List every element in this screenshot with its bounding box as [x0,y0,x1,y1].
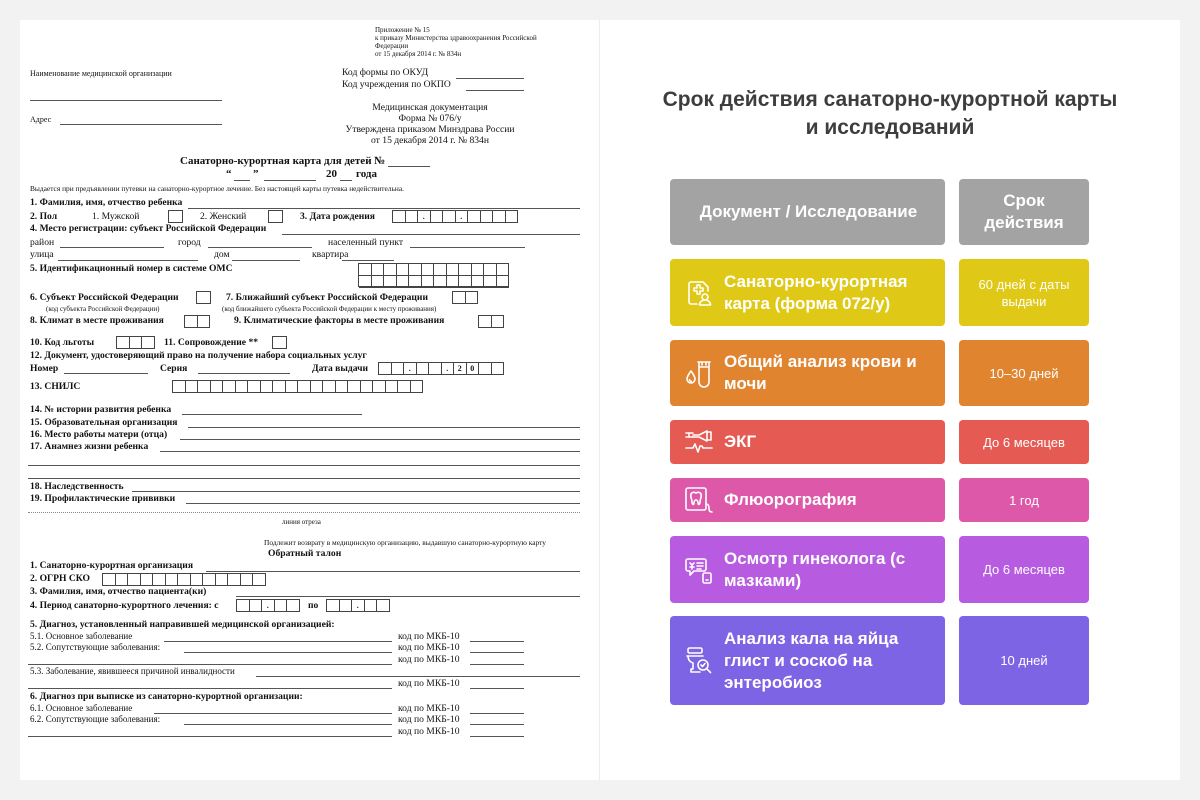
field-5-1-label: 5.1. Основное заболевание [30,631,132,641]
month-field[interactable] [264,180,316,181]
doc-block-line: Медицинская документация [320,102,540,113]
return-field-3-label: 3. Фамилия, имя, отчество пациента(ки) [30,586,206,597]
validity-value: 10–30 дней [989,365,1058,382]
mkb-label: код по МКБ-10 [398,726,460,737]
doc-number-field[interactable] [64,373,148,374]
heredity-field[interactable] [132,491,580,492]
discharge-comorbid-field[interactable] [184,724,392,725]
xray-icon [682,483,716,517]
kvartira-label: квартира [312,249,348,260]
period-to-boxes[interactable]: . [326,599,390,612]
field-14-label: 14. № истории развития ребенка [30,404,171,415]
date-cell: 2 [454,363,467,374]
field-5-3-label: 5.3. Заболевание, явившееся причиной инв… [30,666,235,676]
validity-value: 60 дней с даты выдачи [967,276,1081,310]
year-field[interactable] [340,180,352,181]
anamnesis-field-line[interactable] [28,465,580,466]
title-line: и исследований [600,114,1180,142]
field-13-label: 13. СНИЛС [30,381,80,392]
ulica-field[interactable] [58,260,198,261]
stool-test-icon [682,644,716,678]
escort-box[interactable] [272,336,287,349]
medical-card-icon [682,276,716,310]
period-from-boxes[interactable]: . [236,599,300,612]
validity-value: 1 год [1009,492,1039,509]
form-076u-document: Приложение № 15 к приказу Министерства з… [20,20,599,780]
date-cell [379,363,392,374]
date-open-quote: “ [226,168,232,181]
issue-date-boxes[interactable]: . . 2 0 [378,362,504,375]
doc-approval-block: Медицинская документация Форма № 076/у У… [320,102,540,146]
row-fluorography-validity: 1 год [959,478,1089,522]
validity-value: До 6 месяцев [983,434,1065,451]
org-name-field[interactable] [30,100,222,101]
cut-line [28,512,580,513]
validity-infographic: Срок действия санаторно-курортной карты … [600,20,1180,780]
child-name-field[interactable] [188,208,580,209]
row-sanatorium-card: Санаторно-курортная карта (форма 072/у) [670,259,945,326]
header-document: Документ / Исследование [670,179,945,245]
discharge-main-field[interactable] [154,713,392,714]
rayon-label: район [30,237,54,248]
anamnesis-field[interactable] [160,451,580,452]
nearest-subject-boxes[interactable] [452,291,478,304]
field-15-label: 15. Образовательная организация [30,417,177,428]
field-2-label: 2. Пол [30,211,57,222]
field-9-label: 9. Климатические факторы в месте прожива… [234,315,444,326]
mkb-label: код по МКБ-10 [398,678,460,689]
vaccinations-field[interactable] [186,503,580,504]
date-cell [392,363,405,374]
parent-work-field[interactable] [180,439,580,440]
mkb-label: код по МКБ-10 [398,642,460,653]
row-label: ЭКГ [724,431,756,453]
date-cell [417,363,430,374]
appendix-line: Федерации [375,42,537,50]
field-7-label: 7. Ближайший субъект Российской Федераци… [226,292,428,303]
doc-block-line: Форма № 076/у [320,113,540,124]
date-close-quote: ” [253,168,259,181]
issue-date-label: Дата выдачи [312,363,368,374]
okpo-field[interactable] [466,90,524,91]
row-gynecologist: Осмотр гинеколога (с мазками) [670,536,945,603]
field-4-label: 4. Место регистрации: субъект Российской… [30,223,266,234]
mkb-field[interactable] [470,664,524,665]
field-5-label: 5. Идентификационный номер в системе ОМС [30,263,233,274]
birth-date-boxes[interactable]: .. [392,210,518,223]
doc-block-line: от 15 декабря 2014 г. № 834н [320,135,540,146]
mkb-label: код по МКБ-10 [398,714,460,725]
mkb-field[interactable] [470,652,524,653]
validity-value: До 6 месяцев [983,561,1065,578]
history-number-field[interactable] [182,414,362,415]
comorbid-field[interactable] [184,652,392,653]
mkb-field[interactable] [470,736,524,737]
date-cell [479,363,492,374]
field-16-label: 16. Место работы матери (отца) [30,429,167,440]
period-to-label: по [308,600,318,611]
return-field-6-label: 6. Диагноз при выписке из санаторно-куро… [30,691,303,702]
row-stool-test: Анализ кала на яйца глист и соскоб на эн… [670,616,945,705]
main-disease-field[interactable] [164,641,392,642]
gorod-label: город [178,237,201,248]
field-18-label: 18. Наследственность [30,481,124,492]
field-6-2-label: 6.2. Сопутствующие заболевания: [30,714,160,724]
appendix-line: Приложение № 15 [375,26,537,34]
year-suffix: года [356,168,377,181]
row-label: Анализ кала на яйца глист и соскоб на эн… [724,628,935,694]
sanatorium-org-field[interactable] [206,571,580,572]
benefit-code-boxes[interactable] [116,336,155,349]
doc-series-field[interactable] [198,373,290,374]
address-field[interactable] [60,124,222,125]
appendix-line: к приказу Министерства здравоохранения Р… [375,34,537,42]
rayon-field[interactable] [60,247,164,248]
org-name-label: Наименование медицинской организации [30,69,172,78]
blood-urine-test-icon [682,356,716,390]
title-line: Срок действия санаторно-курортной карты [600,86,1180,114]
infographic-title: Срок действия санаторно-курортной карты … [600,86,1180,142]
row-label: Общий анализ крови и мочи [724,351,935,395]
field-3-label: 3. Дата рождения [300,211,375,222]
date-cell: . [442,363,455,374]
field-5-2-label: 5.2. Сопутствующие заболевания: [30,642,160,652]
mkb-field[interactable] [470,688,524,689]
row-sanatorium-card-validity: 60 дней с даты выдачи [959,259,1089,326]
header-document-label: Документ / Исследование [700,201,917,223]
gorod-field[interactable] [208,247,312,248]
form-title: Санаторно-курортная карта для детей № [180,155,385,168]
climate-boxes[interactable] [184,315,210,328]
field-10-label: 10. Код льготы [30,337,94,348]
okud-label: Код формы по ОКУД [342,67,428,78]
day-field[interactable] [234,180,250,181]
doc-series-label: Серия [160,363,187,374]
region-field[interactable] [282,234,580,235]
address-label: Адрес [30,115,51,124]
discharge-comorbid-line[interactable] [28,736,392,737]
validity-notice: Выдается при предъявлении путевки на сан… [30,185,404,193]
return-field-2-label: 2. ОГРН СКО [30,573,90,584]
date-cell: 0 [467,363,480,374]
female-label: 2. Женский [200,211,246,222]
punkt-field[interactable] [410,247,525,248]
dom-label: дом [214,249,230,260]
return-field-1-label: 1. Санаторно-курортная организация [30,560,193,571]
validity-value: 10 дней [1000,652,1047,669]
snils-boxes[interactable] [172,380,423,393]
row-ecg: ЭКГ [670,420,945,464]
punkt-label: населенный пункт [328,237,403,248]
field-8-label: 8. Климат в месте проживания [30,315,164,326]
date-cell: . [404,363,417,374]
subject-code-box[interactable] [196,291,211,304]
header-validity: Срок действия [959,179,1089,245]
appendix-line: от 15 декабря 2014 г. № 834н [375,50,537,58]
disability-disease-field-line[interactable] [28,688,392,689]
mkb-field[interactable] [470,641,524,642]
doc-block-line: Утверждена приказом Минздрава России [320,124,540,135]
card-number-field[interactable] [388,166,430,167]
row-label: Санаторно-курортная карта (форма 072/у) [724,271,935,315]
mkb-label: код по МКБ-10 [398,631,460,642]
return-field-4-label: 4. Период санаторно-курортного лечения: … [30,600,218,611]
row-label: Осмотр гинеколога (с мазками) [724,548,935,592]
row-gynecologist-validity: До 6 месяцев [959,536,1089,603]
gynecologist-consult-icon [682,553,716,587]
date-cell [429,363,442,374]
return-note: Подлежит возврату в медицинскую организа… [264,539,546,547]
comorbid-field-line[interactable] [28,664,392,665]
row-blood-urine-test-validity: 10–30 дней [959,340,1089,406]
anamnesis-field-line[interactable] [28,478,580,479]
return-title: Обратный талон [268,548,341,559]
education-org-field[interactable] [188,427,580,428]
date-cell [492,363,505,374]
field-6-label: 6. Субъект Российской Федерации [30,292,179,303]
climate-factors-boxes[interactable] [478,315,504,328]
mkb-field[interactable] [470,724,524,725]
mkb-label: код по МКБ-10 [398,654,460,665]
ogrn-boxes[interactable] [102,573,266,586]
dom-field[interactable] [232,260,300,261]
male-checkbox[interactable] [168,210,183,223]
year-prefix: 20 [326,168,337,181]
doc-number-label: Номер [30,363,58,374]
row-label: Флюорография [724,489,857,511]
mkb-label: код по МКБ-10 [398,703,460,714]
field-19-label: 19. Профилактические прививки [30,493,175,504]
kvartira-field[interactable] [342,260,394,261]
header-validity-label: Срок действия [973,190,1075,234]
field-7-note: (код ближайшего субъекта Российской Феде… [222,305,436,313]
field-6-note: (код субъекта Российской Федерации) [46,305,159,313]
row-stool-test-validity: 10 дней [959,616,1089,705]
okpo-label: Код учреждения по ОКПО [342,79,451,90]
female-checkbox[interactable] [268,210,283,223]
row-blood-urine-test: Общий анализ крови и мочи [670,340,945,406]
row-ecg-validity: До 6 месяцев [959,420,1089,464]
return-field-5-label: 5. Диагноз, установленный направившей ме… [30,619,335,630]
mkb-field[interactable] [470,713,524,714]
okud-field[interactable] [456,78,524,79]
field-6-1-label: 6.1. Основное заболевание [30,703,132,713]
cut-line-label: линия отреза [282,518,321,526]
field-1-label: 1. Фамилия, имя, отчество ребенка [30,197,182,208]
ecg-icon [682,425,716,459]
row-fluorography: Флюорография [670,478,945,522]
ulica-label: улица [30,249,54,260]
oms-number-boxes[interactable] [358,263,509,287]
appendix-note: Приложение № 15 к приказу Министерства з… [375,26,537,58]
male-label: 1. Мужской [92,211,139,222]
field-11-label: 11. Сопровождение ** [164,337,258,348]
field-17-label: 17. Анамнез жизни ребенка [30,441,148,452]
field-12-label: 12. Документ, удостоверяющий право на по… [30,350,367,361]
patient-name-field[interactable] [236,596,580,597]
disability-disease-field[interactable] [256,676,580,677]
